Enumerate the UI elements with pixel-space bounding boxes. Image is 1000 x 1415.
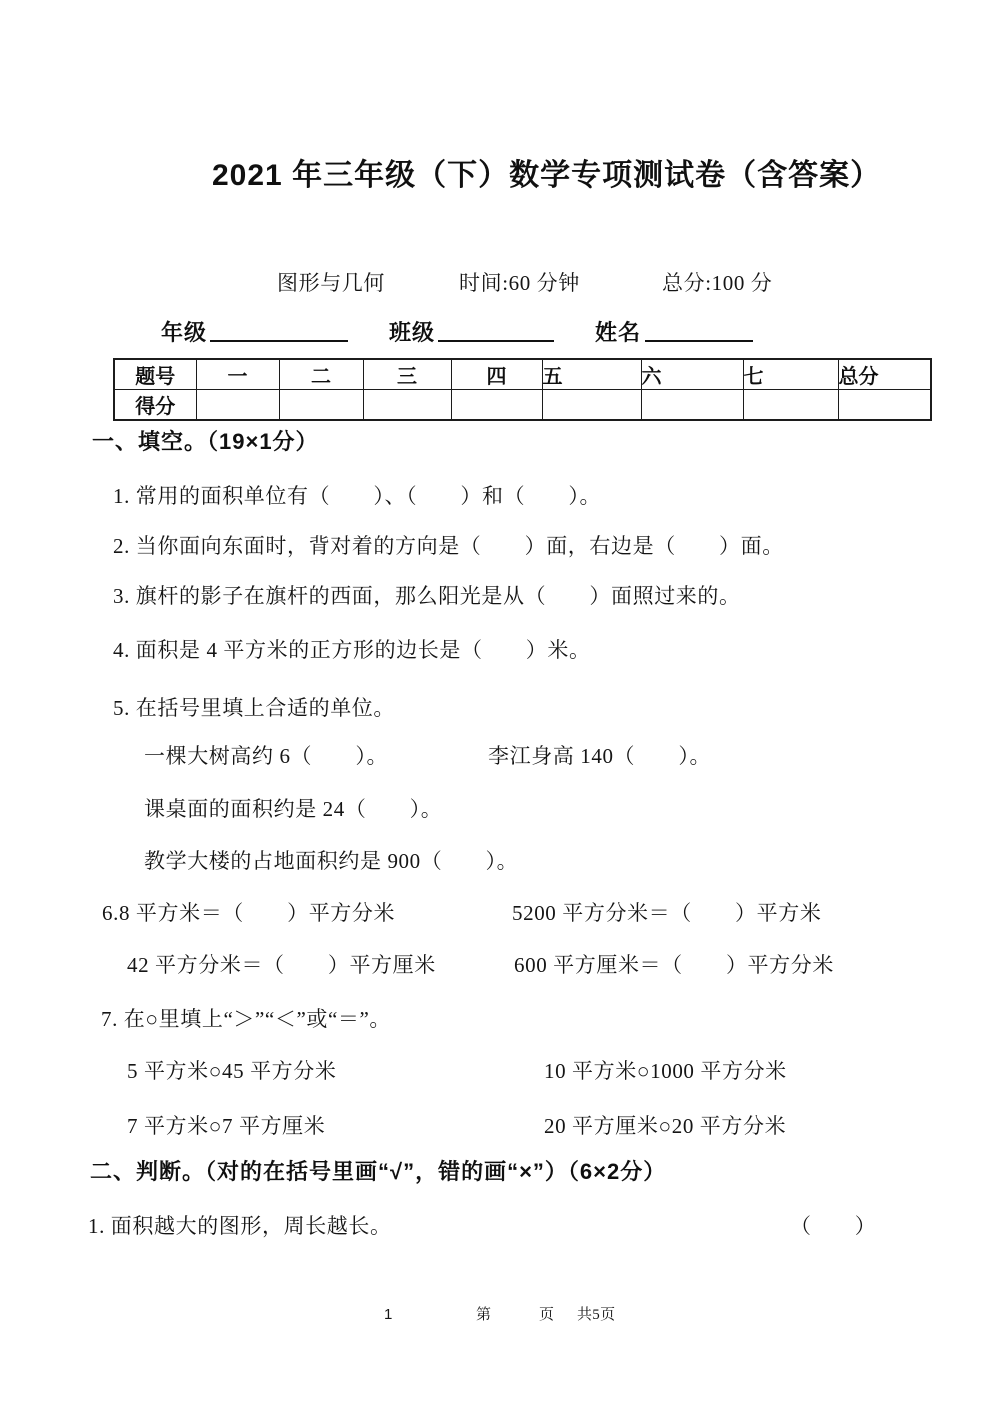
test-paper-page: 2021 年三年级（下）数学专项测试卷（含答案） 图形与几何 时间:60 分钟 … [0,0,1000,1415]
question-5-item-height: 李江身高 140（ ）。 [488,743,711,769]
question-5: 5. 在括号里填上合适的单位。 [113,695,395,721]
question-4: 4. 面积是 4 平方米的正方形的边长是（ ）米。 [113,637,591,663]
question-6-item-1: 6.8 平方米＝（ ）平方分米 [102,900,395,926]
section2-question-1: 1. 面积越大的图形，周长越长。 [88,1213,392,1239]
question-5-item-desk: 课桌面的面积约是 24（ ）。 [144,796,442,822]
score-empty-cell [196,390,279,421]
question-5-item-building: 教学大楼的占地面积约是 900（ ）。 [144,848,518,874]
question-2: 2. 当你面向东面时，背对着的方向是（ ）面，右边是（ ）面。 [113,533,784,559]
grade-label: 年级 [161,316,207,347]
footer-total-pages: 共5页 [577,1306,615,1324]
question-5-item-tree: 一棵大树高约 6（ ）。 [144,743,388,769]
name-blank-line [645,316,753,342]
score-table-header-cell: 三 [363,359,451,390]
footer-page-suffix: 页 [539,1306,554,1324]
score-table-header-cell: 六 [641,359,743,390]
score-empty-cell [363,390,451,421]
question-7-item-3: 7 平方米○7 平方厘米 [127,1113,325,1139]
score-table-header-cell: 五 [542,359,641,390]
subtitle-topic: 图形与几何 [277,270,385,296]
class-label: 班级 [389,316,435,347]
score-table: 题号 一 二 三 四 五 六 七 总分 得分 [113,358,932,421]
score-table-header-row: 题号 一 二 三 四 五 六 七 总分 [114,359,931,390]
score-empty-cell [451,390,542,421]
class-blank-line [438,316,554,342]
question-6-item-2: 5200 平方分米＝（ ）平方米 [512,900,821,926]
question-3: 3. 旗杆的影子在旗杆的西面，那么阳光是从（ ）面照过来的。 [113,583,741,609]
footer-page-prefix: 第 [476,1306,491,1324]
section2-heading: 二、判断。（对的在括号里画“√”，错的画“×”）（6×2分） [90,1158,666,1185]
question-7: 7. 在○里填上“＞”“＜”或“＝”。 [101,1006,391,1032]
score-table-header-cell: 总分 [838,359,931,390]
page-title: 2021 年三年级（下）数学专项测试卷（含答案） [212,158,881,194]
section2-question-1-answer-blank: （ ） [790,1213,876,1239]
score-empty-cell [743,390,838,421]
question-7-item-1: 5 平方米○45 平方分米 [127,1058,336,1084]
name-label: 姓名 [595,316,641,347]
question-7-item-4: 20 平方厘米○20 平方分米 [544,1113,786,1139]
subtitle-time: 时间:60 分钟 [459,270,580,296]
score-empty-cell [542,390,641,421]
score-empty-cell [279,390,363,421]
question-1: 1. 常用的面积单位有（ ）、（ ）和（ ）。 [113,483,601,509]
page-number: 1 [384,1306,393,1324]
score-table-header-cell: 一 [196,359,279,390]
score-empty-cell [641,390,743,421]
question-6-item-4: 600 平方厘米＝（ ）平方分米 [514,952,834,978]
score-table-header-cell: 四 [451,359,542,390]
score-empty-cell [838,390,931,421]
score-table-header-cell: 二 [279,359,363,390]
grade-blank-line [210,316,348,342]
score-label-cell: 得分 [114,390,196,421]
score-table-header-cell: 七 [743,359,838,390]
score-table-score-row: 得分 [114,390,931,421]
question-6-item-3: 42 平方分米＝（ ）平方厘米 [127,952,436,978]
question-7-item-2: 10 平方米○1000 平方分米 [544,1058,787,1084]
score-table-header-cell: 题号 [114,359,196,390]
subtitle-total-score: 总分:100 分 [662,270,772,296]
section1-heading: 一、填空。（19×1分） [92,428,319,455]
